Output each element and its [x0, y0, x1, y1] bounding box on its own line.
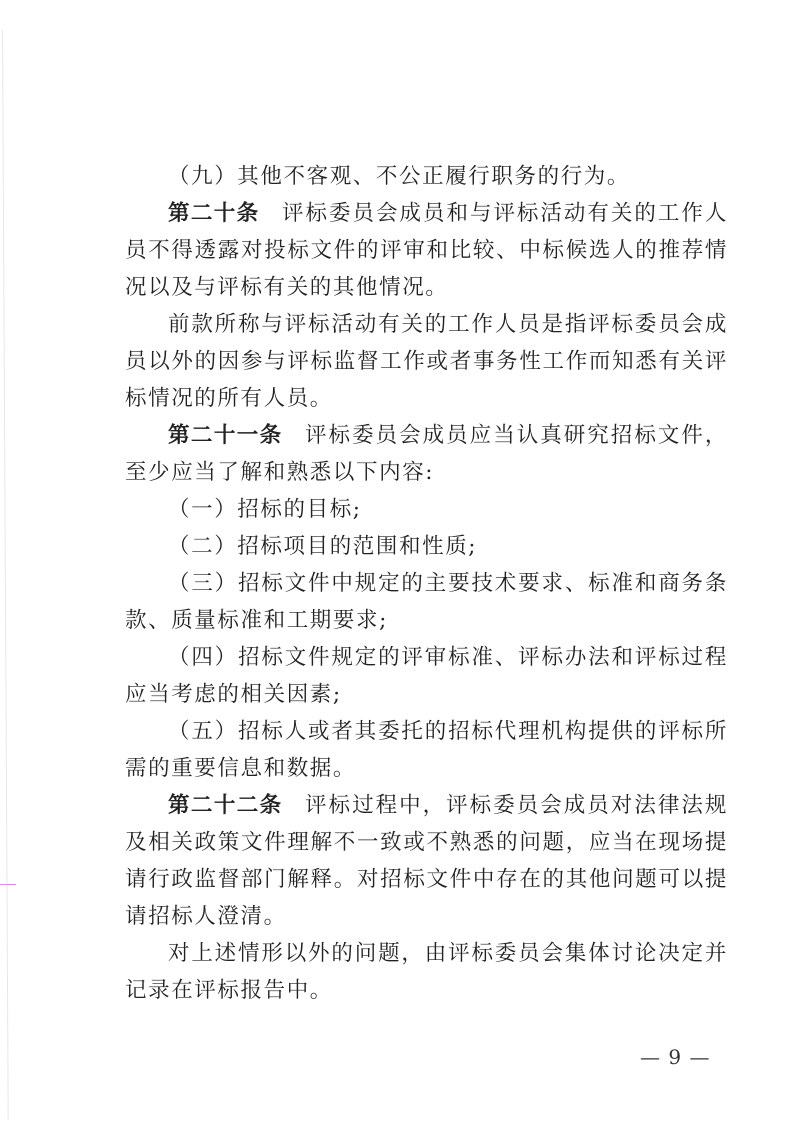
paragraph-text: （三）招标文件中规定的主要技术要求、标准和商务条款、质量标准和工期要求;: [125, 571, 728, 633]
paragraph-text: （五）招标人或者其委托的招标代理机构提供的评标所需的重要信息和数据。: [125, 719, 728, 781]
paragraph-text: （一）招标的目标;: [168, 497, 362, 522]
page-number: — 9 —: [640, 1045, 710, 1069]
article-heading: 第二十二条: [168, 793, 283, 818]
document-page: （九）其他不客观、不公正履行职务的行为。 第二十条评标委员会成员和与评标活动有关…: [125, 158, 728, 1009]
paragraph-text: （二）招标项目的范围和性质;: [168, 534, 477, 559]
paragraph-item-5: （五）招标人或者其委托的招标代理机构提供的评标所需的重要信息和数据。: [125, 713, 728, 787]
paragraph-text: （四）招标文件规定的评审标准、评标办法和评标过程应当考虑的相关因素;: [125, 645, 728, 707]
paragraph-item-1: （一）招标的目标;: [125, 491, 728, 528]
paragraph-text: （九）其他不客观、不公正履行职务的行为。: [168, 164, 630, 189]
paragraph-text: 前款所称与评标活动有关的工作人员是指评标委员会成员以外的因参与评标监督工作或者事…: [125, 312, 728, 411]
paragraph-item-9: （九）其他不客观、不公正履行职务的行为。: [125, 158, 728, 195]
scan-margin-mark: [0, 884, 16, 885]
paragraph-item-3: （三）招标文件中规定的主要技术要求、标准和商务条款、质量标准和工期要求;: [125, 565, 728, 639]
paragraph-item-4: （四）招标文件规定的评审标准、评标办法和评标过程应当考虑的相关因素;: [125, 639, 728, 713]
paragraph-item-2: （二）招标项目的范围和性质;: [125, 528, 728, 565]
article-22: 第二十二条评标过程中，评标委员会成员对法律法规及相关政策文件理解不一致或不熟悉的…: [125, 787, 728, 935]
article-21: 第二十一条评标委员会成员应当认真研究招标文件，至少应当了解和熟悉以下内容:: [125, 417, 728, 491]
paragraph-other-issues: 对上述情形以外的问题，由评标委员会集体讨论决定并记录在评标报告中。: [125, 935, 728, 1009]
article-heading: 第二十一条: [168, 423, 283, 448]
paragraph-staff-definition: 前款所称与评标活动有关的工作人员是指评标委员会成员以外的因参与评标监督工作或者事…: [125, 306, 728, 417]
article-heading: 第二十条: [168, 201, 260, 226]
article-20: 第二十条评标委员会成员和与评标活动有关的工作人员不得透露对投标文件的评审和比较、…: [125, 195, 728, 306]
paragraph-text: 对上述情形以外的问题，由评标委员会集体讨论决定并记录在评标报告中。: [125, 941, 728, 1003]
scan-edge-line: [2, 30, 9, 1120]
